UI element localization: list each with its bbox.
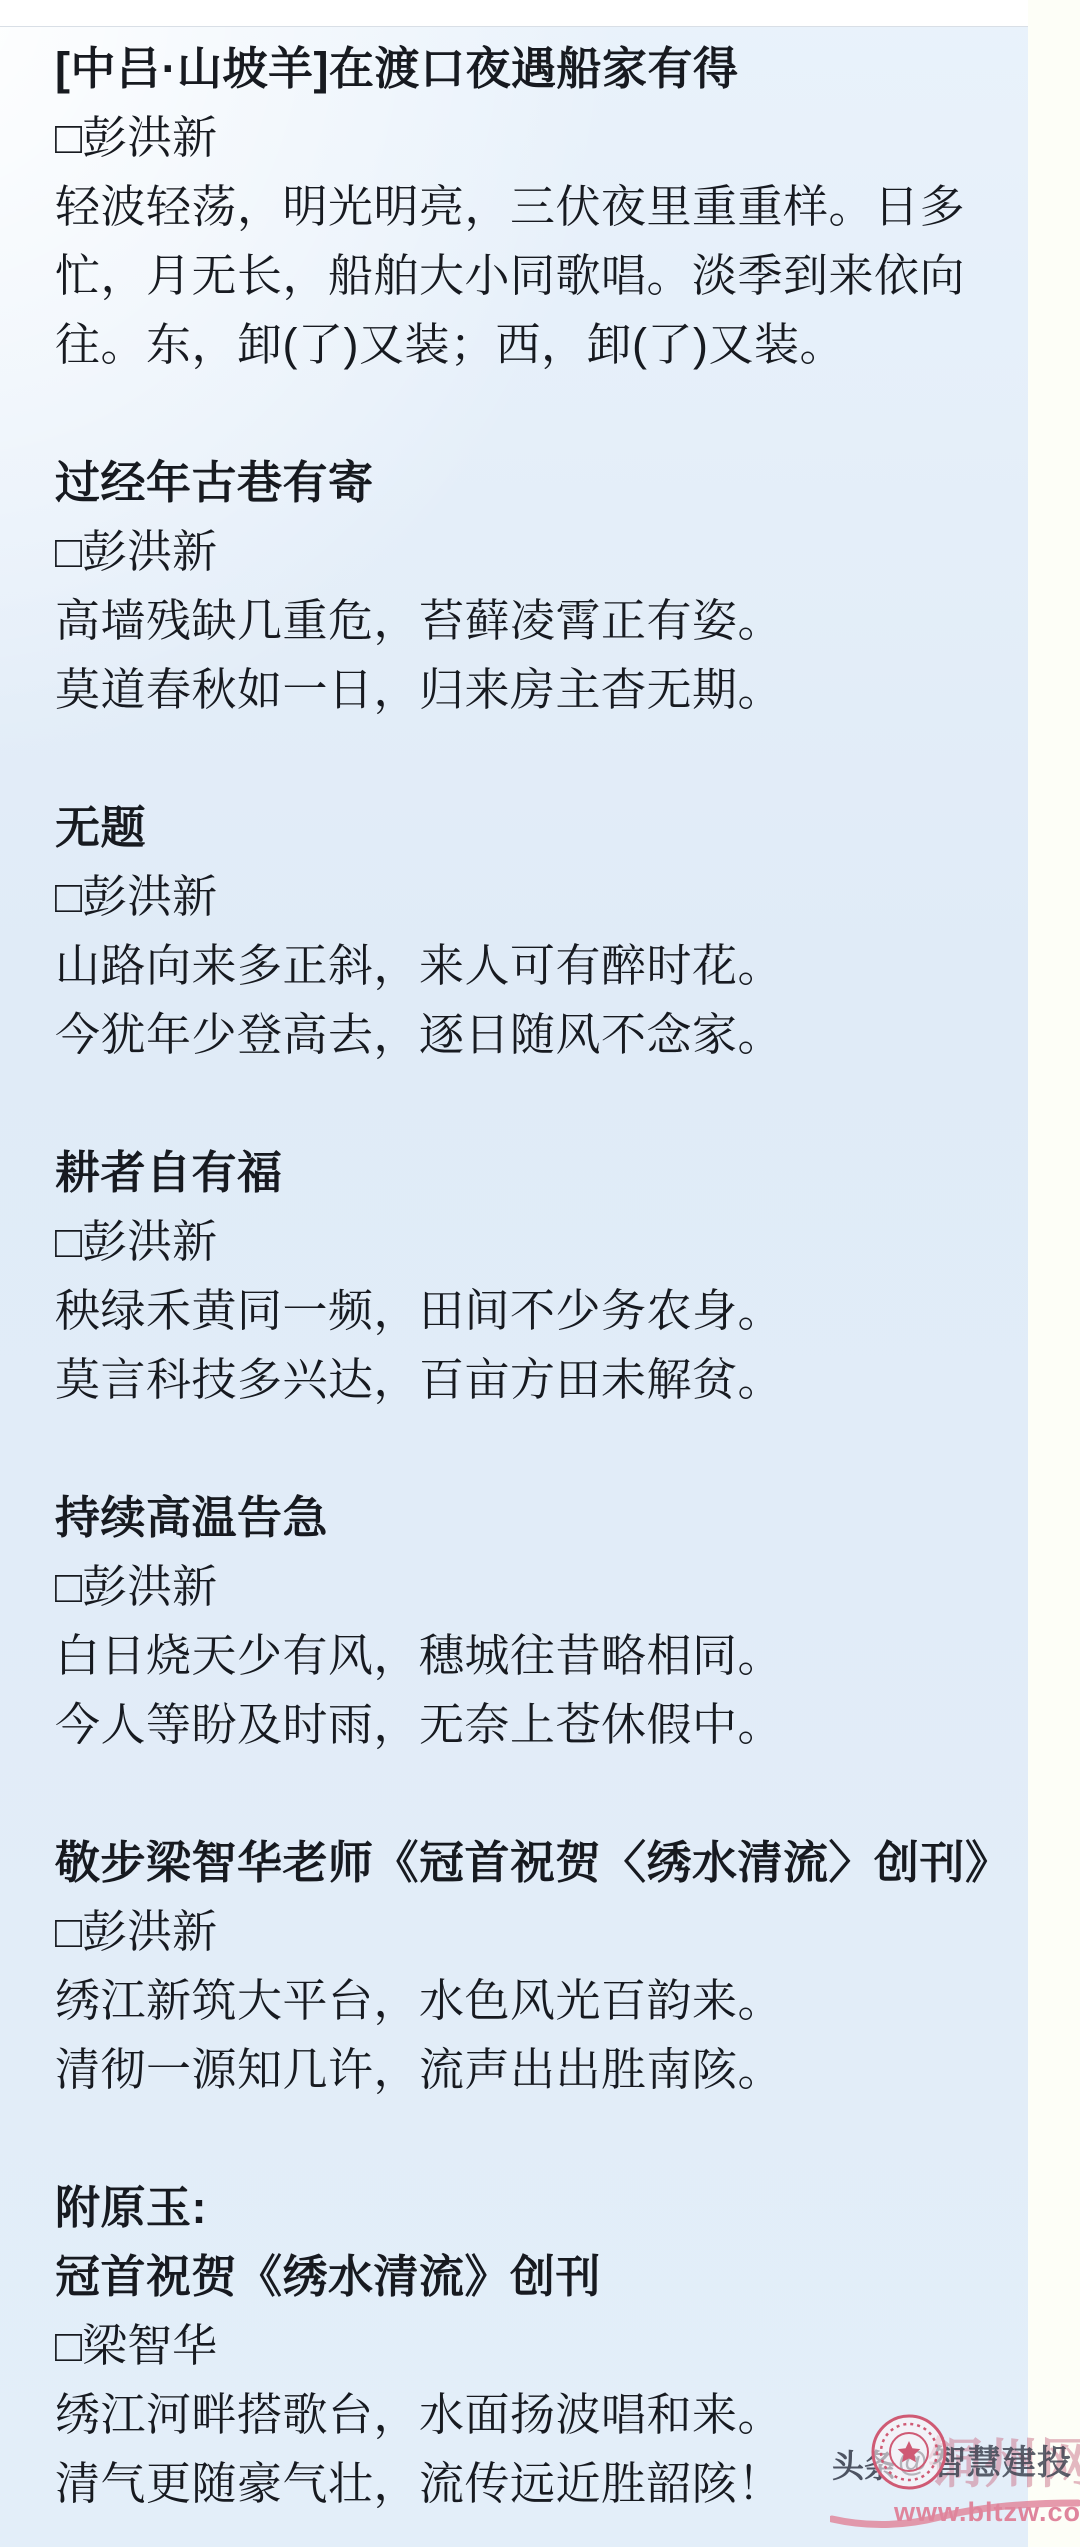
poem-lines: 山路向来多正斜，来人可有醉时花。今犹年少登高去，逐日随风不念家。 (55, 931, 1018, 1069)
poem-author: □彭洪新 (55, 1552, 1018, 1621)
verse-line: 秧绿禾黄同一频，田间不少务农身。 (55, 1276, 1018, 1345)
verse-line: 绣江河畔搭歌台，水面扬波唱和来。 (55, 2380, 1018, 2449)
poem-author: □彭洪新 (55, 517, 1018, 586)
verse-line: 高墙残缺几重危，苔藓凌霄正有姿。 (55, 586, 1018, 655)
poem-lines: 绣江河畔搭歌台，水面扬波唱和来。清气更随豪气壮，流传远近胜韶陔！ (55, 2380, 1018, 2518)
poem-section: 敬步梁智华老师《冠首祝贺〈绣水清流〉创刊》 □彭洪新 绣江新筑大平台，水色风光百… (55, 1828, 1018, 2104)
verse-line: 清气更随豪气壮，流传远近胜韶陔！ (55, 2449, 1018, 2518)
poem-author: □彭洪新 (55, 862, 1018, 931)
verse-line: 莫言科技多兴达，百亩方田未解贫。 (55, 1345, 1018, 1414)
poem-lines: 白日烧天少有风，穗城往昔略相同。今人等盼及时雨，无奈上苍休假中。 (55, 1621, 1018, 1759)
verse-line: 轻波轻荡，明光明亮，三伏夜里重重样。日多忙，月无长，船舶大小同歌唱。淡季到来依向… (55, 172, 1018, 379)
poem-author: □彭洪新 (55, 1897, 1018, 1966)
top-margin (0, 0, 1080, 27)
poem-section: 持续高温告急 □彭洪新 白日烧天少有风，穗城往昔略相同。今人等盼及时雨，无奈上苍… (55, 1483, 1018, 1759)
poem-title: 敬步梁智华老师《冠首祝贺〈绣水清流〉创刊》 (55, 1828, 1018, 1897)
verse-line: 莫道春秋如一日，归来房主杳无期。 (55, 655, 1018, 724)
verse-line: 清彻一源知几许，流声出出胜南陔。 (55, 2035, 1018, 2104)
poems-list: [中吕·山坡羊]在渡口夜遇船家有得 □彭洪新 轻波轻荡，明光明亮，三伏夜里重重样… (0, 26, 1080, 2518)
poem-title: 耕者自有福 (55, 1138, 1018, 1207)
poem-title: 无题 (55, 793, 1018, 862)
verse-line: 山路向来多正斜，来人可有醉时花。 (55, 931, 1018, 1000)
poem-author: □彭洪新 (55, 103, 1018, 172)
poem-author: □梁智华 (55, 2311, 1018, 2380)
poem-lines: 秧绿禾黄同一频，田间不少务农身。莫言科技多兴达，百亩方田未解贫。 (55, 1276, 1018, 1414)
poem-title: 持续高温告急 (55, 1483, 1018, 1552)
poem-title: [中吕·山坡羊]在渡口夜遇船家有得 (55, 34, 1018, 103)
poem-title: 过经年古巷有寄 (55, 448, 1018, 517)
appendix-label: 附原玉: (55, 2173, 1018, 2242)
poem-section: 无题 □彭洪新 山路向来多正斜，来人可有醉时花。今犹年少登高去，逐日随风不念家。 (55, 793, 1018, 1069)
poem-lines: 绣江新筑大平台，水色风光百韵来。清彻一源知几许，流声出出胜南陔。 (55, 1966, 1018, 2104)
poem-section: 附原玉: 冠首祝贺《绣水清流》创刊 □梁智华 绣江河畔搭歌台，水面扬波唱和来。清… (55, 2173, 1018, 2518)
poem-section: [中吕·山坡羊]在渡口夜遇船家有得 □彭洪新 轻波轻荡，明光明亮，三伏夜里重重样… (55, 34, 1018, 379)
verse-line: 今犹年少登高去，逐日随风不念家。 (55, 1000, 1018, 1069)
poem-section: 过经年古巷有寄 □彭洪新 高墙残缺几重危，苔藓凌霄正有姿。莫道春秋如一日，归来房… (55, 448, 1018, 724)
poem-author: □彭洪新 (55, 1207, 1018, 1276)
verse-line: 白日烧天少有风，穗城往昔略相同。 (55, 1621, 1018, 1690)
poem-title: 冠首祝贺《绣水清流》创刊 (55, 2242, 1018, 2311)
poem-section: 耕者自有福 □彭洪新 秧绿禾黄同一频，田间不少务农身。莫言科技多兴达，百亩方田未… (55, 1138, 1018, 1414)
verse-line: 今人等盼及时雨，无奈上苍休假中。 (55, 1690, 1018, 1759)
poem-lines: 高墙残缺几重危，苔藓凌霄正有姿。莫道春秋如一日，归来房主杳无期。 (55, 586, 1018, 724)
poem-lines: 轻波轻荡，明光明亮，三伏夜里重重样。日多忙，月无长，船舶大小同歌唱。淡季到来依向… (55, 172, 1018, 379)
verse-line: 绣江新筑大平台，水色风光百韵来。 (55, 1966, 1018, 2035)
